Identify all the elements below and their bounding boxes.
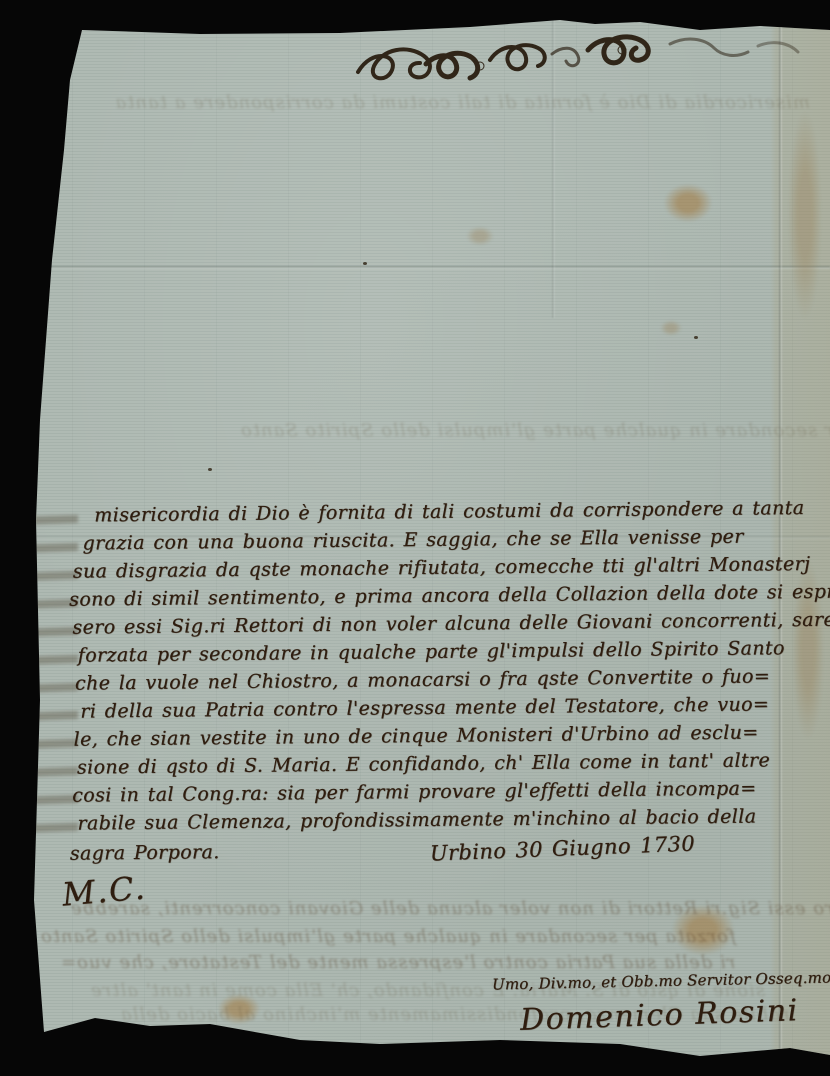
stain	[664, 184, 712, 222]
dateline: Urbino 30 Giugno 1730	[429, 827, 695, 869]
ink-speck	[694, 336, 698, 339]
ink-bleedthrough: sero essi Sig.ri Rettori di non voler al…	[70, 898, 830, 919]
ink-bleedthrough: misericordia di Dio è fornita di tali co…	[560, 92, 810, 113]
ink-speck	[208, 468, 212, 471]
offset-ink-inscription	[330, 20, 830, 98]
body-line: sagra Porpora.	[70, 836, 220, 870]
stain	[660, 320, 682, 336]
ink-bleedthrough: forzata per secondare in qualche parte g…	[240, 420, 830, 441]
stain	[788, 110, 822, 320]
ink-bleedthrough: forzata per secondare in qualche parte g…	[40, 926, 736, 947]
stain	[466, 226, 494, 246]
ink-speck	[363, 262, 367, 265]
manuscript-page: misericordia di Dio è fornita di tali co…	[0, 0, 830, 1076]
scanned-document: misericordia di Dio è fornita di tali co…	[0, 0, 830, 1076]
letter-body: misericordia di Dio è fornita di tali co…	[66, 494, 778, 869]
ink-bleedthrough: ri della sua Patria contro l'espressa me…	[60, 952, 735, 973]
horizontal-fold-crease	[0, 266, 830, 269]
